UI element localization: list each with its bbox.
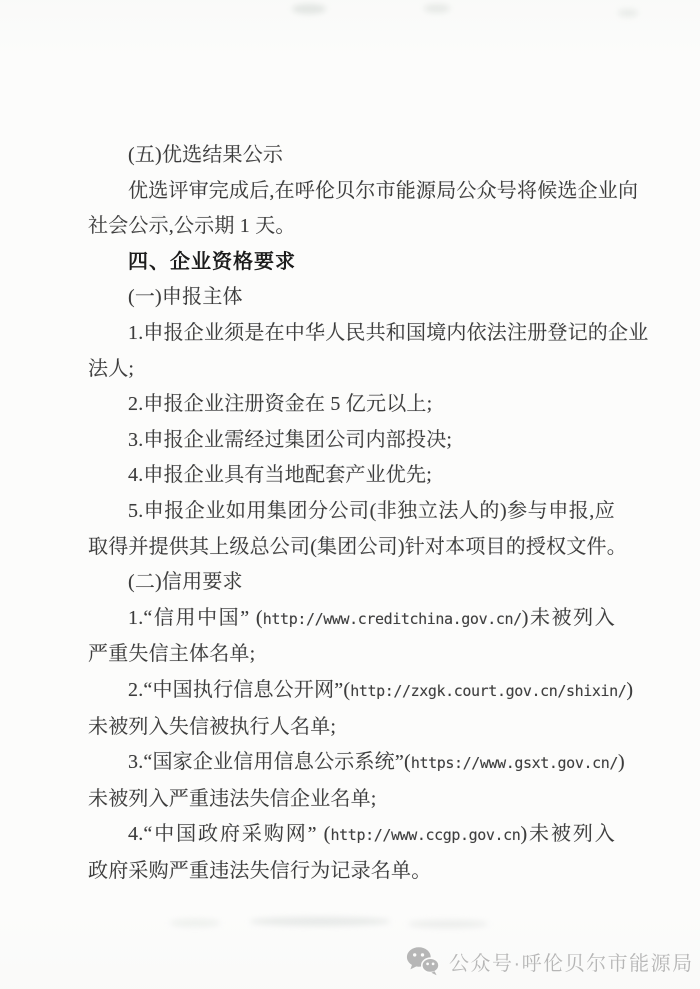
document-line: 政府采购严重违法失信行为记录名单。	[88, 854, 615, 890]
line-text: )未被列入	[522, 607, 615, 629]
subsection-heading: (二)信用要求	[88, 565, 615, 601]
document-line: 取得并提供其上级总公司(集团公司)针对本项目的授权文件。	[88, 530, 615, 566]
line-text: 3.“国家企业信用信息公示系统”(	[128, 751, 411, 773]
document-line: 未被列入失信被执行人名单;	[88, 710, 615, 746]
url-text: https://www.gsxt.gov.cn/	[411, 754, 618, 772]
scan-artifact	[250, 917, 390, 926]
url-text: http://www.ccgp.gov.cn	[331, 826, 521, 844]
line-text: )	[618, 751, 625, 773]
official-account-label[interactable]: 公众号·呼伦贝尔市能源局	[449, 947, 694, 976]
line-text: )未被列入	[520, 823, 615, 845]
scan-artifact	[170, 919, 220, 927]
line-text: )	[626, 679, 633, 701]
document-line: 未被列入严重违法失信企业名单;	[88, 782, 615, 818]
document-line: 4.“中国政府采购网” (http://www.ccgp.gov.cn)未被列入	[88, 817, 615, 854]
document-line: (五)优选结果公示	[88, 138, 615, 174]
wechat-official-account-badge[interactable]: 公众号·呼伦贝尔市能源局	[406, 946, 694, 976]
document-line: 4.申报企业具有当地配套产业优先;	[88, 458, 615, 494]
scan-artifact	[618, 9, 638, 17]
scan-artifact	[424, 4, 450, 13]
document-line: 法人;	[88, 352, 615, 388]
document-line: 3.“国家企业信用信息公示系统”(https://www.gsxt.gov.cn…	[88, 745, 615, 782]
document-line: 2.申报企业注册资金在 5 亿元以上;	[88, 387, 615, 423]
document-line: 社会公示,公示期 1 天。	[88, 209, 615, 245]
document-line: 严重失信主体名单;	[88, 637, 615, 673]
document-line: 2.“中国执行信息公开网”(http://zxgk.court.gov.cn/s…	[88, 673, 615, 710]
scan-artifact	[408, 920, 488, 928]
url-text: http://zxgk.court.gov.cn/shixin/	[350, 682, 626, 700]
line-text: 2.“中国执行信息公开网”(	[128, 679, 350, 701]
subsection-heading: (一)申报主体	[88, 280, 615, 316]
document-body: (五)优选结果公示 优选评审完成后,在呼伦贝尔市能源局公众号将候选企业向 社会公…	[88, 138, 615, 889]
scan-artifact	[292, 4, 326, 14]
document-line: 优选评审完成后,在呼伦贝尔市能源局公众号将候选企业向	[88, 174, 615, 210]
section-heading: 四、企业资格要求	[88, 245, 615, 281]
wechat-icon	[406, 946, 440, 976]
document-line: 1.申报企业须是在中华人民共和国境内依法注册登记的企业	[88, 316, 615, 352]
line-text: 4.“中国政府采购网” (	[128, 823, 331, 845]
url-text: http://www.creditchina.gov.cn/	[263, 610, 522, 628]
document-line: 1.“信用中国” (http://www.creditchina.gov.cn/…	[88, 601, 615, 638]
document-line: 3.申报企业需经过集团公司内部投决;	[88, 423, 615, 459]
line-text: 1.“信用中国” (	[128, 607, 263, 629]
document-line: 5.申报企业如用集团分公司(非独立法人的)参与申报,应	[88, 494, 615, 530]
